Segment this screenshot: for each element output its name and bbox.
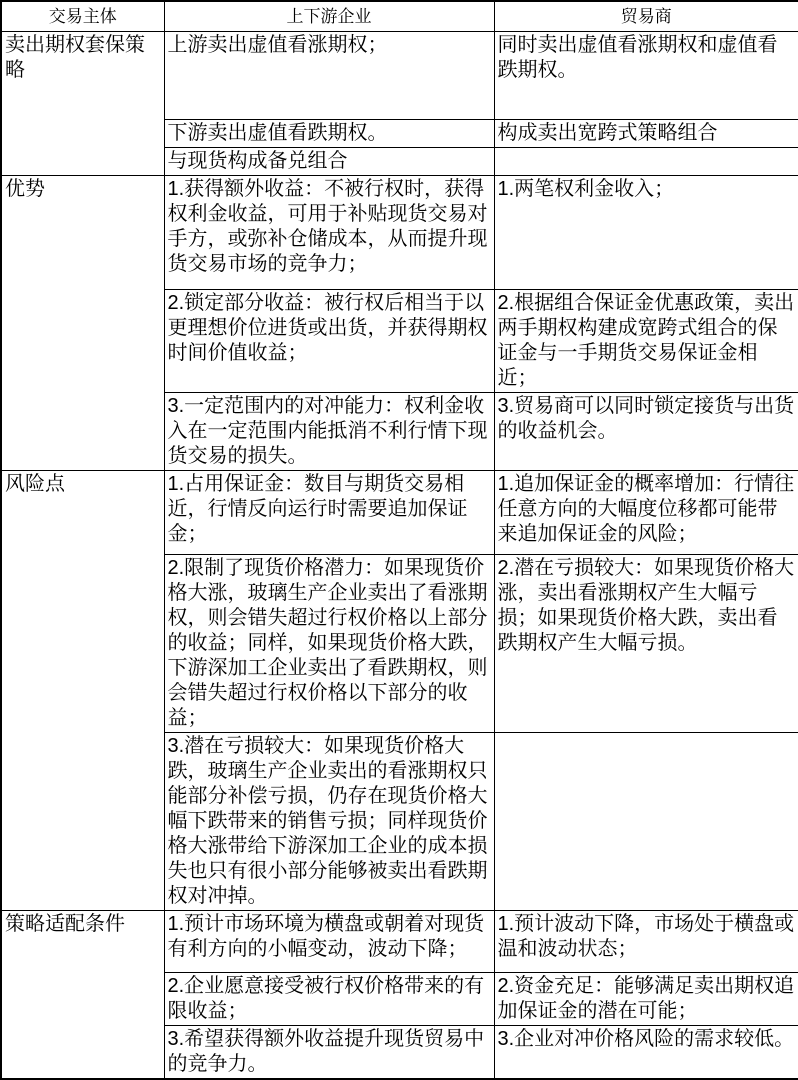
header-traders: 贸易商 <box>494 1 798 32</box>
cell-advantage-2-trader: 2.根据组合保证金优惠政策，卖出两手期权构建成宽跨式组合的保证金与一手期货交易保… <box>494 290 798 393</box>
cell-strategy-covered-combo: 与现货构成备兑组合 <box>164 148 494 176</box>
table-header-row: 交易主体 上下游企业 贸易商 <box>1 1 798 32</box>
cell-strategy-trader-combo: 同时卖出虚值看涨期权和虚值看跌期权。 <box>494 32 798 120</box>
cell-advantage-1-enterprise: 1.获得额外收益：不被行权时，获得权利金收益，可用于补贴现货交易对手方，或弥补仓… <box>164 176 494 290</box>
row-label-risk-points: 风险点 <box>1 471 164 911</box>
cell-condition-1-trader: 1.预计波动下降，市场处于横盘或温和波动状态； <box>494 911 798 973</box>
cell-condition-3-trader: 3.企业对冲价格风险的需求较低。 <box>494 1026 798 1080</box>
cell-condition-2-trader: 2.资金充足：能够满足卖出期权追加保证金的潜在可能； <box>494 973 798 1026</box>
cell-strategy-downstream: 下游卖出虚值看跌期权。 <box>164 120 494 148</box>
table-row: 风险点 1.占用保证金：数目与期货交易相近，行情反向运行时需要追加保证金； 1.… <box>1 471 798 555</box>
cell-advantage-3-enterprise: 3.一定范围内的对冲能力：权利金收入在一定范围内能抵消不利行情下现货交易的损失。 <box>164 393 494 471</box>
cell-condition-3-enterprise: 3.希望获得额外收益提升现货贸易中的竞争力。 <box>164 1026 494 1080</box>
cell-risk-3-empty <box>494 733 798 911</box>
cell-condition-2-enterprise: 2.企业愿意接受被行权价格带来的有限收益； <box>164 973 494 1026</box>
cell-strategy-strangle: 构成卖出宽跨式策略组合 <box>494 120 798 148</box>
cell-strategy-empty <box>494 148 798 176</box>
header-trading-entity: 交易主体 <box>1 1 164 32</box>
table-row: 卖出期权套保策略 上游卖出虚值看涨期权； 同时卖出虚值看涨期权和虚值看跌期权。 <box>1 32 798 120</box>
cell-advantage-1-trader: 1.两笔权利金收入； <box>494 176 798 290</box>
cell-risk-1-enterprise: 1.占用保证金：数目与期货交易相近，行情反向运行时需要追加保证金； <box>164 471 494 555</box>
cell-condition-1-enterprise: 1.预计市场环境为横盘或朝着对现货有利方向的小幅变动，波动下降； <box>164 911 494 973</box>
table-row: 策略适配条件 1.预计市场环境为横盘或朝着对现货有利方向的小幅变动，波动下降； … <box>1 911 798 973</box>
row-label-selling-options-hedging-strategy: 卖出期权套保策略 <box>1 32 164 176</box>
cell-risk-2-enterprise: 2.限制了现货价格潜力：如果现货价格大涨，玻璃生产企业卖出了看涨期权，则会错失超… <box>164 555 494 733</box>
cell-advantage-3-trader: 3.贸易商可以同时锁定接货与出货的收益机会。 <box>494 393 798 471</box>
table-row: 优势 1.获得额外收益：不被行权时，获得权利金收益，可用于补贴现货交易对手方，或… <box>1 176 798 290</box>
row-label-strategy-fit-conditions: 策略适配条件 <box>1 911 164 1080</box>
cell-strategy-upstream: 上游卖出虚值看涨期权； <box>164 32 494 120</box>
header-upstream-downstream-enterprises: 上下游企业 <box>164 1 494 32</box>
cell-risk-1-trader: 1.追加保证金的概率增加：行情往任意方向的大幅度位移都可能带来追加保证金的风险； <box>494 471 798 555</box>
cell-advantage-2-enterprise: 2.锁定部分收益：被行权后相当于以更理想价位进货或出货，并获得期权时间价值收益； <box>164 290 494 393</box>
row-label-advantages: 优势 <box>1 176 164 471</box>
cell-risk-3-enterprise: 3.潜在亏损较大：如果现货价格大跌，玻璃生产企业卖出的看涨期权只能部分补偿亏损，… <box>164 733 494 911</box>
cell-risk-2-trader: 2.潜在亏损较大：如果现货价格大涨，卖出看涨期权产生大幅亏损；如果现货价格大跌，… <box>494 555 798 733</box>
options-hedging-strategy-table: 交易主体 上下游企业 贸易商 卖出期权套保策略 上游卖出虚值看涨期权； 同时卖出… <box>0 0 798 1080</box>
